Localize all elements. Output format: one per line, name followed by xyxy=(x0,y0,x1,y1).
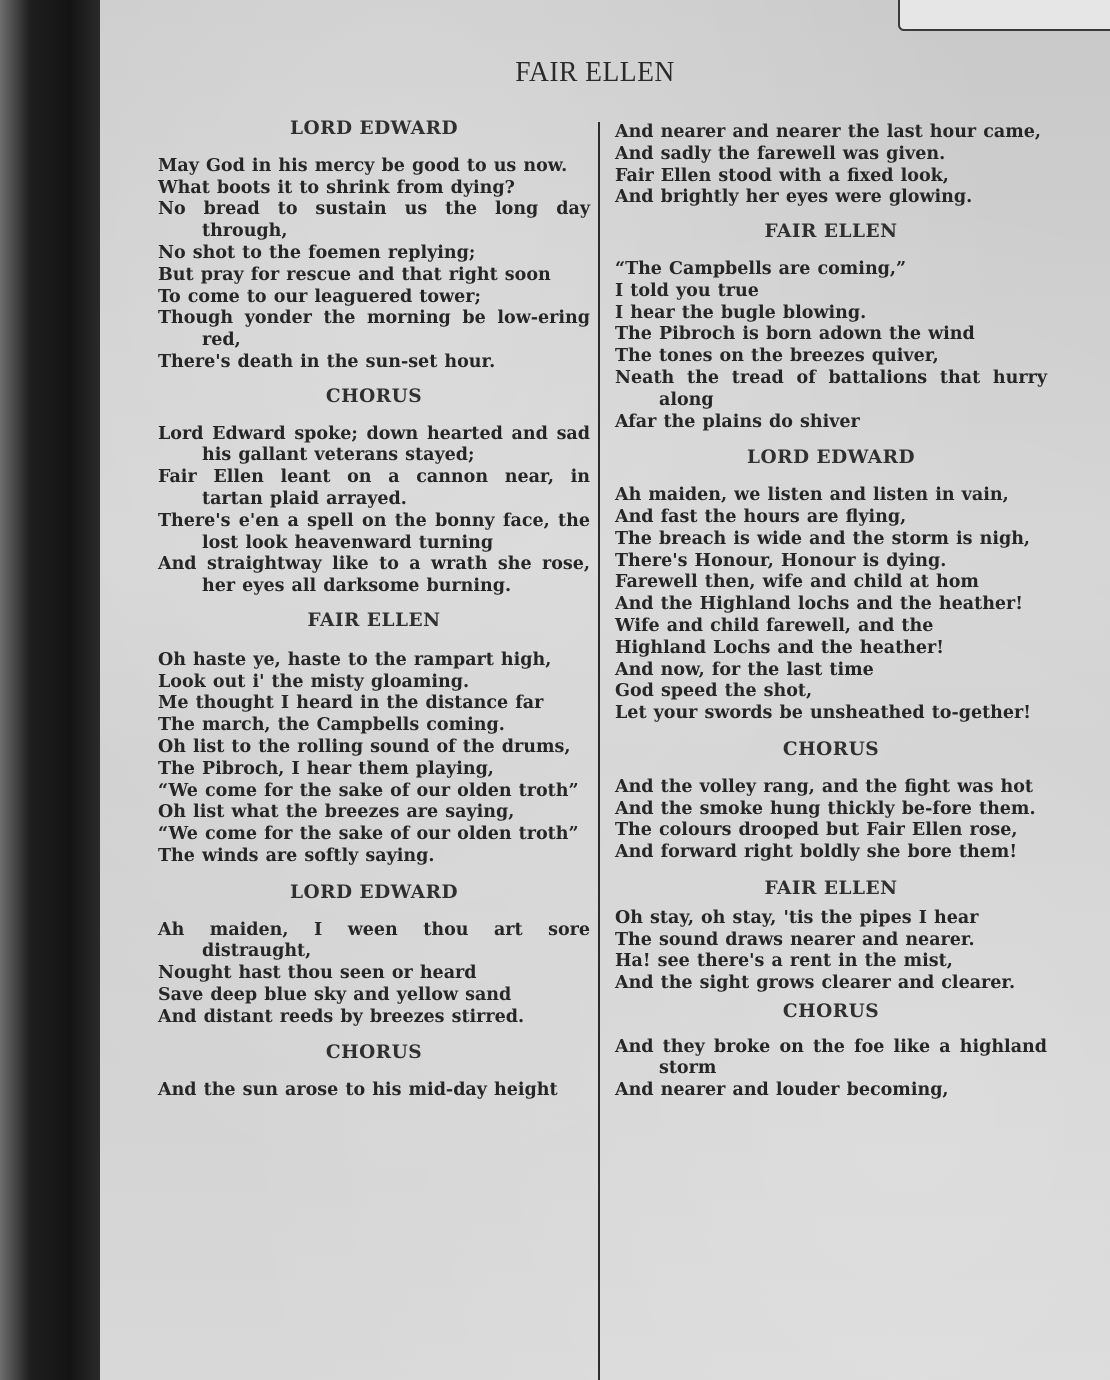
lyric-line: Ah maiden, we listen and listen in vain, xyxy=(615,485,1047,507)
stanza-section: CHORUSAnd the sun arose to his mid-day h… xyxy=(158,1042,590,1102)
lyric-line: Afar the plains do shiver xyxy=(615,412,1047,434)
lyric-line: I told you true xyxy=(615,281,1047,303)
section-heading: CHORUS xyxy=(158,386,590,408)
stanza: Ah maiden, we listen and listen in vain,… xyxy=(615,485,1047,725)
lyric-line: Fair Ellen leant on a cannon near, in ta… xyxy=(158,467,590,511)
section-heading: FAIR ELLEN xyxy=(615,878,1047,900)
lyric-line: “We come for the sake of our olden troth… xyxy=(158,781,590,803)
film-edge-strip xyxy=(0,0,100,1380)
stanza: “The Campbells are coming,”I told you tr… xyxy=(615,259,1047,433)
lyric-line: Farewell then, wife and child at hom xyxy=(615,572,1047,594)
lyric-line: And the Highland lochs and the heather! xyxy=(615,594,1047,616)
lyric-line: And nearer and louder becoming, xyxy=(615,1080,1047,1102)
stanza: Oh stay, oh stay, 'tis the pipes I hearT… xyxy=(615,908,1047,995)
lyric-line: “We come for the sake of our olden troth… xyxy=(158,824,590,846)
stanza-section: FAIR ELLENOh stay, oh stay, 'tis the pip… xyxy=(615,878,1047,995)
section-heading: LORD EDWARD xyxy=(158,882,590,904)
lyric-line: I hear the bugle blowing. xyxy=(615,303,1047,325)
lyric-line: But pray for rescue and that right soon xyxy=(158,265,590,287)
lyric-line: And now, for the last time xyxy=(615,660,1047,682)
lyric-line: The Pibroch, I hear them playing, xyxy=(158,759,590,781)
lyric-line: Let your swords be unsheathed to-gether! xyxy=(615,703,1047,725)
left-column: LORD EDWARDMay God in his mercy be good … xyxy=(158,118,590,1112)
lyric-line: Ah maiden, I ween thou art sore distraug… xyxy=(158,920,590,964)
section-heading: CHORUS xyxy=(615,739,1047,761)
stanza: And they broke on the foe like a highlan… xyxy=(615,1037,1047,1102)
lyric-line: And the sun arose to his mid-day height xyxy=(158,1080,590,1102)
lyric-line: Oh list what the breezes are saying, xyxy=(158,802,590,824)
lyric-line: Oh list to the rolling sound of the drum… xyxy=(158,737,590,759)
lyric-line: “The Campbells are coming,” xyxy=(615,259,1047,281)
lyric-line: God speed the shot, xyxy=(615,681,1047,703)
lyric-line: Look out i' the misty gloaming. xyxy=(158,672,590,694)
lyric-line: And forward right boldly she bore them! xyxy=(615,842,1047,864)
lyric-line: Save deep blue sky and yellow sand xyxy=(158,985,590,1007)
lyric-line: The Pibroch is born adown the wind xyxy=(615,324,1047,346)
label-box xyxy=(898,0,1110,31)
lyric-line: Neath the tread of battalions that hurry… xyxy=(615,368,1047,412)
stanza: And nearer and nearer the last hour came… xyxy=(615,122,1047,209)
section-heading: LORD EDWARD xyxy=(158,118,590,140)
lyric-line: To come to our leaguered tower; xyxy=(158,287,590,309)
lyric-line: The breach is wide and the storm is nigh… xyxy=(615,529,1047,551)
lyric-line: The sound draws nearer and nearer. xyxy=(615,930,1047,952)
stanza-section: LORD EDWARDAh maiden, I ween thou art so… xyxy=(158,882,590,1029)
lyric-line: Nought hast thou seen or heard xyxy=(158,963,590,985)
stanza-section: CHORUSAnd the volley rang, and the fight… xyxy=(615,739,1047,864)
stanza: And the volley rang, and the fight was h… xyxy=(615,777,1047,864)
stanza: And the sun arose to his mid-day height xyxy=(158,1080,590,1102)
lyric-line: And distant reeds by breezes stirred. xyxy=(158,1007,590,1029)
stanza: May God in his mercy be good to us now.W… xyxy=(158,156,590,374)
stanza-section: LORD EDWARDMay God in his mercy be good … xyxy=(158,118,590,374)
lyric-line: Highland Lochs and the heather! xyxy=(615,638,1047,660)
lyric-line: And the smoke hung thickly be-fore them. xyxy=(615,799,1047,821)
lyric-line: And the sight grows clearer and clearer. xyxy=(615,973,1047,995)
stanza: Oh haste ye, haste to the rampart high,L… xyxy=(158,650,590,868)
lyric-line: The winds are softly saying. xyxy=(158,846,590,868)
lyric-line: And sadly the farewell was given. xyxy=(615,144,1047,166)
lyric-line: There's Honour, Honour is dying. xyxy=(615,551,1047,573)
lyric-line: And brightly her eyes were glowing. xyxy=(615,187,1047,209)
lyric-line: May God in his mercy be good to us now. xyxy=(158,156,590,178)
section-heading: FAIR ELLEN xyxy=(158,610,590,632)
stanza-section: FAIR ELLENOh haste ye, haste to the ramp… xyxy=(158,610,590,868)
lyric-line: The colours drooped but Fair Ellen rose, xyxy=(615,820,1047,842)
lyric-line: There's e'en a spell on the bonny face, … xyxy=(158,511,590,555)
section-heading: CHORUS xyxy=(158,1042,590,1064)
lyric-line: What boots it to shrink from dying? xyxy=(158,178,590,200)
lyric-line: The march, the Campbells coming. xyxy=(158,715,590,737)
lyric-line: And fast the hours are flying, xyxy=(615,507,1047,529)
lyric-line: And straightway like to a wrath she rose… xyxy=(158,554,590,598)
lyric-line: Ha! see there's a rent in the mist, xyxy=(615,951,1047,973)
lyric-line: And nearer and nearer the last hour came… xyxy=(615,122,1047,144)
lyric-line: And they broke on the foe like a highlan… xyxy=(615,1037,1047,1081)
lyric-line: Oh stay, oh stay, 'tis the pipes I hear xyxy=(615,908,1047,930)
stanza-section: LORD EDWARDAh maiden, we listen and list… xyxy=(615,447,1047,725)
page-title: FAIR ELLEN xyxy=(30,56,1110,89)
section-heading: LORD EDWARD xyxy=(615,447,1047,469)
lyric-line: And the volley rang, and the fight was h… xyxy=(615,777,1047,799)
lyric-line: Fair Ellen stood with a fixed look, xyxy=(615,166,1047,188)
lyric-line: Me thought I heard in the distance far xyxy=(158,693,590,715)
stanza-section: CHORUSLord Edward spoke; down hearted an… xyxy=(158,386,590,598)
stanza-section: And nearer and nearer the last hour came… xyxy=(615,122,1047,209)
right-column: And nearer and nearer the last hour came… xyxy=(615,122,1047,1112)
lyric-line: Oh haste ye, haste to the rampart high, xyxy=(158,650,590,672)
stanza: Lord Edward spoke; down hearted and sad … xyxy=(158,424,590,598)
lyric-line: No shot to the foemen replying; xyxy=(158,243,590,265)
lyric-line: No bread to sustain us the long day thro… xyxy=(158,199,590,243)
lyric-line: Though yonder the morning be low-ering r… xyxy=(158,308,590,352)
section-heading: CHORUS xyxy=(615,1001,1047,1023)
lyric-line: The tones on the breezes quiver, xyxy=(615,346,1047,368)
lyric-line: Wife and child farewell, and the xyxy=(615,616,1047,638)
stanza-section: FAIR ELLEN“The Campbells are coming,”I t… xyxy=(615,221,1047,433)
stanza-section: CHORUSAnd they broke on the foe like a h… xyxy=(615,1001,1047,1102)
lyric-line: There's death in the sun-set hour. xyxy=(158,352,590,374)
section-heading: FAIR ELLEN xyxy=(615,221,1047,243)
stanza: Ah maiden, I ween thou art sore distraug… xyxy=(158,920,590,1029)
lyric-line: Lord Edward spoke; down hearted and sad … xyxy=(158,424,590,468)
column-divider xyxy=(598,122,600,1380)
